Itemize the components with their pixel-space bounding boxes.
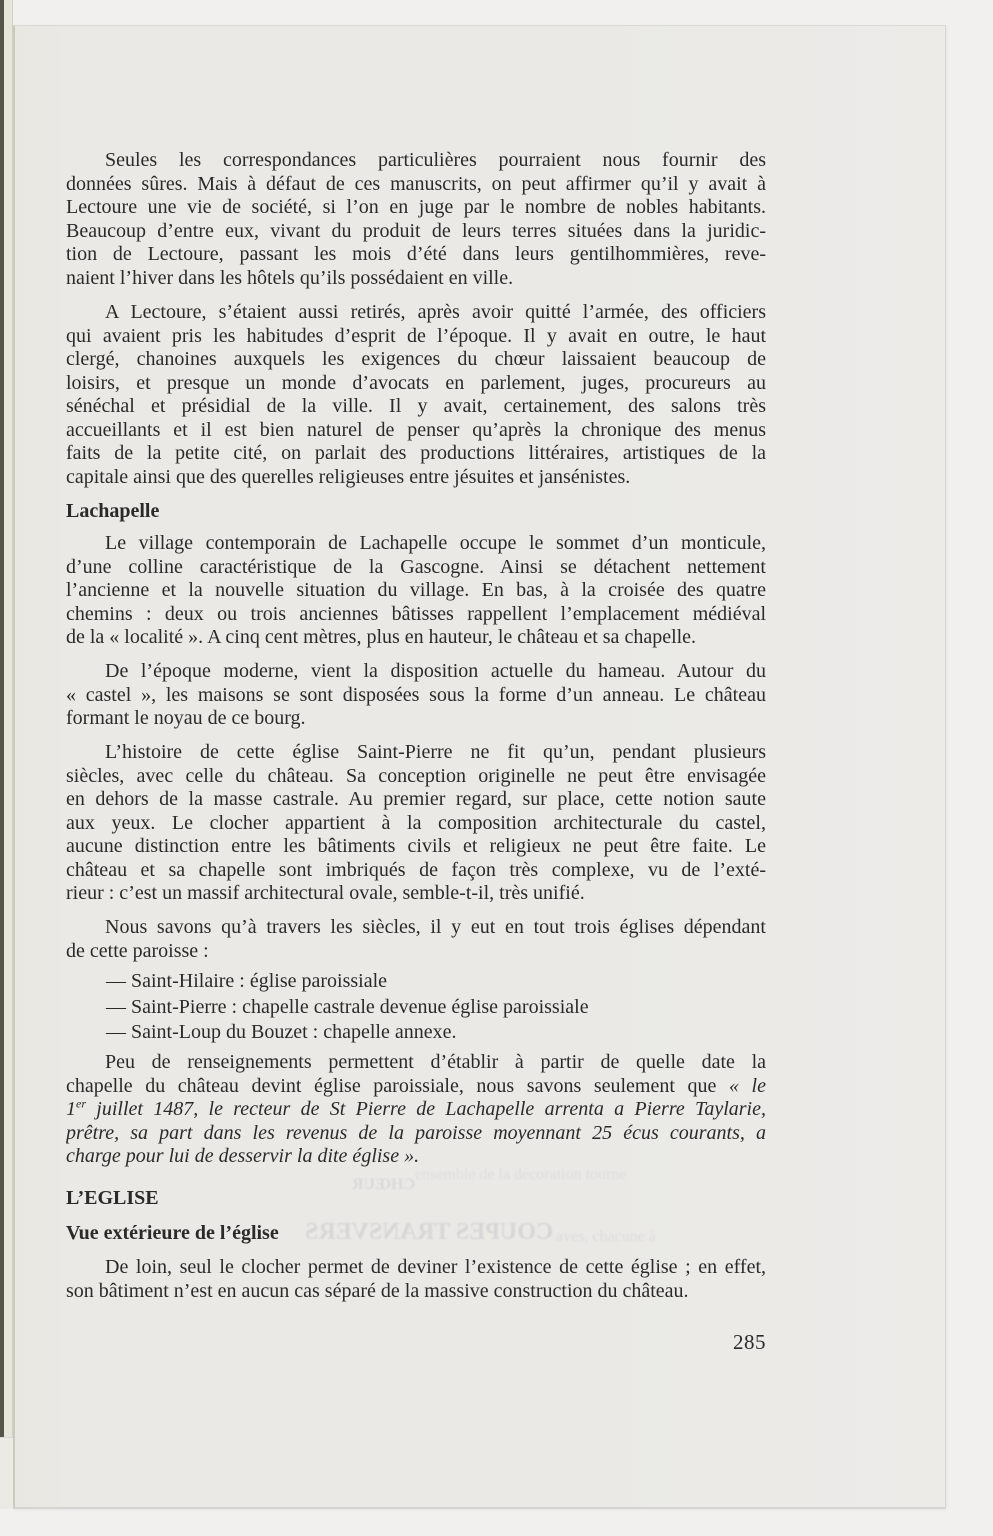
text-line: de cette paroisse : <box>66 940 766 964</box>
text-line: 1er juillet 1487, le recteur de St Pierr… <box>66 1098 766 1122</box>
paragraph-trois-eglises: Nous savons qu’à travers les siècles, il… <box>66 916 766 963</box>
text-line: naient l’hiver dans les hôtels qu’ils po… <box>66 267 766 291</box>
eglises-list: — Saint-Hilaire : église paroissiale— Sa… <box>66 969 766 1046</box>
text-line: son bâtiment n’est en aucun cas séparé d… <box>66 1280 766 1304</box>
text-line: Lectoure une vie de société, si l’on en … <box>66 196 766 220</box>
text-line: siècles, avec celle du château. Sa conce… <box>66 765 766 789</box>
list-item: — Saint-Pierre : chapelle castrale deven… <box>106 995 766 1021</box>
paragraph-renseignements: Peu de renseignements permettent d’établ… <box>66 1051 766 1169</box>
text-line: en dehors de la masse castrale. Au premi… <box>66 788 766 812</box>
paragraph-officiers: A Lectoure, s’étaient aussi retirés, apr… <box>66 301 766 489</box>
list-item: — Saint-Hilaire : église paroissiale <box>106 969 766 995</box>
page-stack-edge <box>4 0 13 1437</box>
text-line: accueillants et il est bien naturel de p… <box>66 419 766 443</box>
paragraph-de-loin: De loin, seul le clocher permet de devin… <box>66 1256 766 1303</box>
text-line: Le village contemporain de Lachapelle oc… <box>66 532 766 556</box>
text-line: Seules les correspondances particulières… <box>66 149 766 173</box>
text-line: aucune distinction entre les bâtiments c… <box>66 835 766 859</box>
text-line: Nous savons qu’à travers les siècles, il… <box>66 916 766 940</box>
text-line: capitale ainsi que des querelles religie… <box>66 466 766 490</box>
text-line: rieur : c’est un massif architectural ov… <box>66 882 766 906</box>
text-line: chapelle du château devint église parois… <box>66 1075 766 1099</box>
text-line: Beaucoup d’entre eux, vivant du produit … <box>66 220 766 244</box>
text-line: A Lectoure, s’étaient aussi retirés, apr… <box>66 301 766 325</box>
text-line: L’histoire de cette église Saint-Pierre … <box>66 741 766 765</box>
paragraph-histoire-eglise: L’histoire de cette église Saint-Pierre … <box>66 741 766 906</box>
section-heading-lachapelle: Lachapelle <box>66 499 766 523</box>
scanned-book-page: ensemble de la décoration tourneCHŒURCOU… <box>0 0 993 1536</box>
text-line: sénéchal et présidial de la ville. Il y … <box>66 395 766 419</box>
page-number: 285 <box>66 1330 766 1355</box>
text-line: formant le noyau de ce bourg. <box>66 707 766 731</box>
list-item: — Saint-Loup du Bouzet : chapelle annexe… <box>106 1020 766 1046</box>
text-line: château et sa chapelle sont imbriqués de… <box>66 859 766 883</box>
text-line: aux yeux. Le clocher appartient à la com… <box>66 812 766 836</box>
text-line: tion de Lectoure, passant les mois d’été… <box>66 243 766 267</box>
paragraph-village: Le village contemporain de Lachapelle oc… <box>66 532 766 650</box>
text-line: De loin, seul le clocher permet de devin… <box>66 1256 766 1280</box>
text-line: prêtre, sa part dans les revenus de la p… <box>66 1122 766 1146</box>
text-line: d’une colline caractéristique de la Gasc… <box>66 556 766 580</box>
under-page-edge <box>0 1437 13 1509</box>
text-line: faits de la petite cité, on parlait des … <box>66 442 766 466</box>
text-line: l’ancienne et la nouvelle situation du v… <box>66 579 766 603</box>
text-line: clergé, chanoines auxquels les exigences… <box>66 348 766 372</box>
text-line: données sûres. Mais à défaut de ces manu… <box>66 173 766 197</box>
text-column: 285 Seules les correspondances particuli… <box>66 0 766 1536</box>
text-line: Peu de renseignements permettent d’établ… <box>66 1051 766 1075</box>
paragraph-epoque-moderne: De l’époque moderne, vient la dispositio… <box>66 660 766 731</box>
subsection-heading-vue-exterieure: Vue extérieure de l’église <box>66 1221 766 1245</box>
text-line: charge pour lui de desservir la dite égl… <box>66 1145 766 1169</box>
text-line: « castel », les maisons se sont disposée… <box>66 684 766 708</box>
text-line: qui avaient pris les habitudes d’esprit … <box>66 325 766 349</box>
text-line: de la « localité ». A cinq cent mètres, … <box>66 626 766 650</box>
text-line: chemins : deux ou trois anciennes bâtiss… <box>66 603 766 627</box>
text-line: De l’époque moderne, vient la dispositio… <box>66 660 766 684</box>
text-line: loisirs, et presque un monde d’avocats e… <box>66 372 766 396</box>
paragraph-correspondances: Seules les correspondances particulières… <box>66 149 766 290</box>
section-heading-eglise: L’EGLISE <box>66 1186 766 1210</box>
